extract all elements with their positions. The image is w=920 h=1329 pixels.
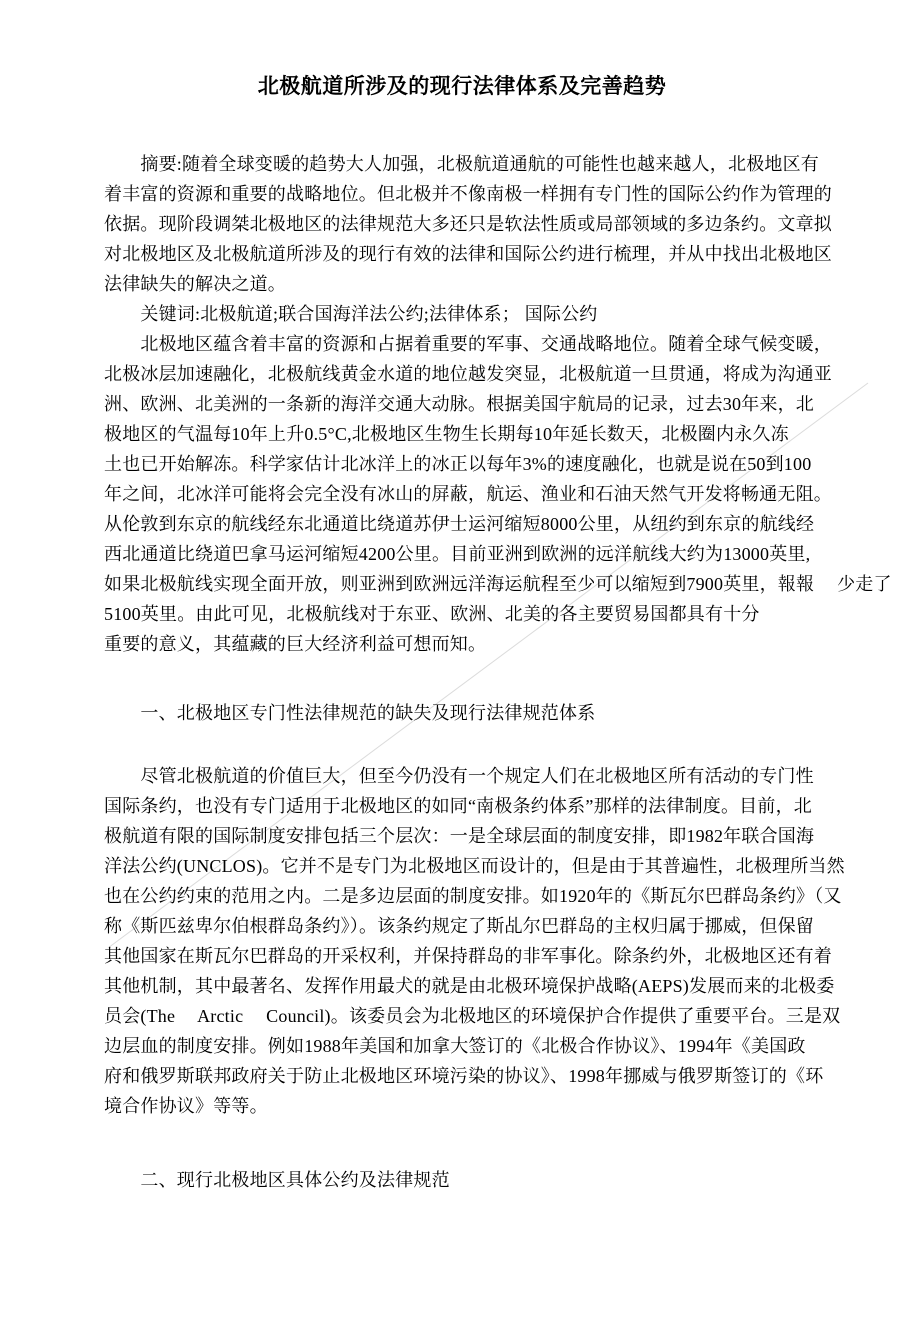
text-line: 5100英里。由此可见，北极航线对于东亚、欧洲、北美的各主要贸易国都具有十分 bbox=[104, 599, 820, 629]
document-page: 北极航道所涉及的现行法律体系及完善趋势 摘要:随着全球变暖的趋势大人加强，北极航… bbox=[0, 0, 920, 1329]
text-line: 境合作协议》等等。 bbox=[104, 1091, 820, 1121]
text-line: 其他机制，其中最著名、发挥作用最犬的就是由北极环境保护战略(AEPS)发展而来的… bbox=[104, 971, 820, 1001]
abstract-paragraph: 摘要:随着全球变暖的趋势大人加强，北极航道通航的可能性也越来越人，北极地区有 着… bbox=[104, 149, 820, 299]
page-title: 北极航道所涉及的现行法律体系及完善趋势 bbox=[104, 72, 820, 102]
text-line: 关键词:北极航道;联合国海洋法公约;法律体系； 国际公约 bbox=[104, 299, 820, 329]
text-line: 对北极地区及北极航道所涉及的现行有效的法律和国际公约进行梳理，并从中找出北极地区 bbox=[104, 239, 820, 269]
text-line: 洲、欧洲、北美洲的一条新的海洋交通大动脉。根据美国宇航局的记录，过去30年来，北 bbox=[104, 389, 820, 419]
keywords-paragraph: 关键词:北极航道;联合国海洋法公约;法律体系； 国际公约 bbox=[104, 299, 820, 329]
text-line: 边层血的制度安排。例如1988年美国和加拿大签订的《北极合作协议》、1994年《… bbox=[104, 1031, 820, 1061]
text-line: 其他国家在斯瓦尔巴群岛的开采权利，并保持群岛的非军事化。除条约外，北极地区还有着 bbox=[104, 941, 820, 971]
section-1-heading: 一、北极地区专门性法律规范的缺失及现行法律规范体系 bbox=[104, 698, 820, 728]
text-line: 称《斯匹兹卑尔伯根群岛条约》）。该条约规定了斯乩尔巴群岛的主权归属于挪威，但保留 bbox=[104, 911, 820, 941]
text-line: 如果北极航线实现全面开放，则亚洲到欧洲远洋海运航程至少可以缩短到7900英里，報… bbox=[104, 569, 820, 599]
text-line: 尽管北极航道的价值巨大，但至今仍没有一个规定人们在北极地区所有活动的专门性 bbox=[104, 761, 820, 791]
text-line: 着丰富的资源和重要的战略地位。但北极并不像南极一样拥有专门性的国际公约作为管理的 bbox=[104, 179, 820, 209]
text-line: 极地区的气温每10年上升0.5°C,北极地区生物生长期每10年延长数天，北极圈内… bbox=[104, 419, 820, 449]
intro-paragraph: 北极地区蕴含着丰富的资源和占据着重要的军事、交通战略地位。随着全球气候变暖， 北… bbox=[104, 329, 820, 659]
text-line: 员会(The Arctic Council)。该委员会为北极地区的环境保护合作提… bbox=[104, 1001, 820, 1031]
section-1-paragraph: 尽管北极航道的价值巨大，但至今仍没有一个规定人们在北极地区所有活动的专门性 国际… bbox=[104, 761, 820, 1121]
text-line: 国际条约，也没有专门适用于北极地区的如同“南极条约体系”那样的法律制度。目前，北 bbox=[104, 791, 820, 821]
text-line: 年之间，北冰洋可能将会完全没有冰山的屏蔽，航运、渔业和石油天然气开发将畅通无阻。 bbox=[104, 479, 820, 509]
section-2-heading: 二、现行北极地区具体公约及法律规范 bbox=[104, 1165, 820, 1195]
text-line: 府和俄罗斯联邦政府关于防止北极地区环境污染的协议》、1998年挪威与俄罗斯签订的… bbox=[104, 1061, 820, 1091]
text-line: 也在公约约束的范用之内。二是多边层面的制度安排。如1920年的《斯瓦尔巴群岛条约… bbox=[104, 881, 820, 911]
text-line: 西北通道比绕道巴拿马运河缩短4200公里。目前亚洲到欧洲的远洋航线大约为1300… bbox=[104, 539, 820, 569]
heading-line: 一、北极地区专门性法律规范的缺失及现行法律规范体系 bbox=[104, 698, 820, 728]
heading-line: 二、现行北极地区具体公约及法律规范 bbox=[104, 1165, 820, 1195]
text-line: 摘要:随着全球变暖的趋势大人加强，北极航道通航的可能性也越来越人，北极地区有 bbox=[104, 149, 820, 179]
text-line: 洋法公约(UNCLOS)。它并不是专门为北极地区而设计的，但是由于其普遍性，北极… bbox=[104, 851, 820, 881]
text-line: 北极冰层加速融化，北极航线黄金水道的地位越发突显，北极航道一旦贯通，将成为沟通亚 bbox=[104, 359, 820, 389]
text-line: 重要的意义，其蕴藏的巨大经济利益可想而知。 bbox=[104, 629, 820, 659]
text-line: 依据。现阶段调桀北极地区的法律规范大多还只是软法性质或局部领域的多边条约。文章拟 bbox=[104, 209, 820, 239]
text-line: 土也已开始解冻。科学家估计北冰洋上的冰正以每年3%的速度融化，也就是说在50到1… bbox=[104, 449, 820, 479]
text-line: 从伦敦到东京的航线经东北通道比绕道苏伊士运河缩短8000公里，从纽约到东京的航线… bbox=[104, 509, 820, 539]
text-line: 极航道有限的国际制度安排包括三个层次：一是全球层面的制度安排，即1982年联合国… bbox=[104, 821, 820, 851]
text-line: 法律缺失的解决之道。 bbox=[104, 269, 820, 299]
document-content: 北极航道所涉及的现行法律体系及完善趋势 摘要:随着全球变暖的趋势大人加强，北极航… bbox=[104, 72, 820, 1195]
text-line: 北极地区蕴含着丰富的资源和占据着重要的军事、交通战略地位。随着全球气候变暖， bbox=[104, 329, 820, 359]
